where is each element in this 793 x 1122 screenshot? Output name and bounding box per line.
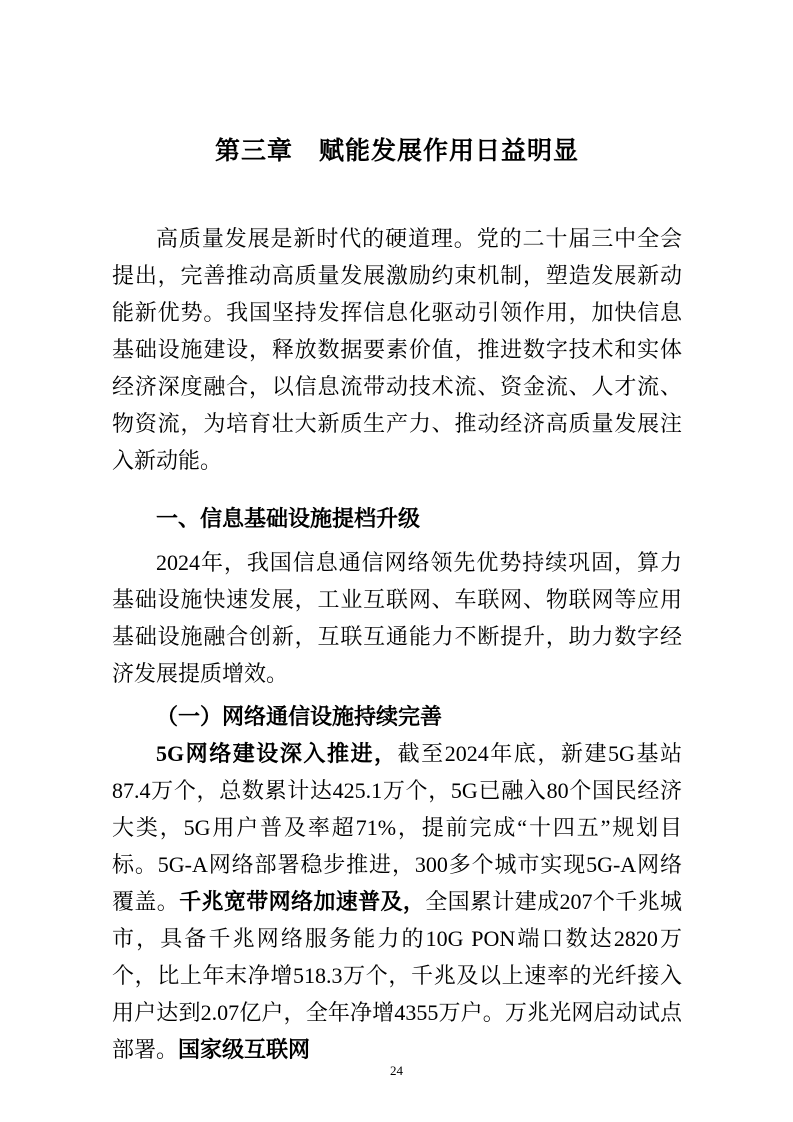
document-page: 第三章 赋能发展作用日益明显 高质量发展是新时代的硬道理。党的二十届三中全会提出… — [0, 0, 793, 1122]
intro-paragraph: 高质量发展是新时代的硬道理。党的二十届三中全会提出，完善推动高质量发展激励约束机… — [112, 220, 682, 479]
subsection-1-heading: （一）网络通信设施持续完善 — [112, 698, 682, 735]
page-number: 24 — [0, 1063, 793, 1078]
bold-text-run: 千兆宽带网络加速普及， — [179, 889, 425, 914]
chapter-title: 第三章 赋能发展作用日益明显 — [112, 134, 682, 168]
section-1-paragraph: 2024年，我国信息通信网络领先优势持续巩固，算力基础设施快速发展，工业互联网、… — [112, 544, 682, 692]
bold-text-run: 5G网络建设深入推进， — [156, 741, 398, 766]
subsection-1-paragraph: 5G网络建设深入推进，截至2024年底，新建5G基站87.4万个，总数累计达42… — [112, 735, 682, 1068]
section-1-heading: 一、信息基础设施提档升级 — [112, 500, 682, 537]
bold-text-run: 国家级互联网 — [178, 1037, 310, 1062]
